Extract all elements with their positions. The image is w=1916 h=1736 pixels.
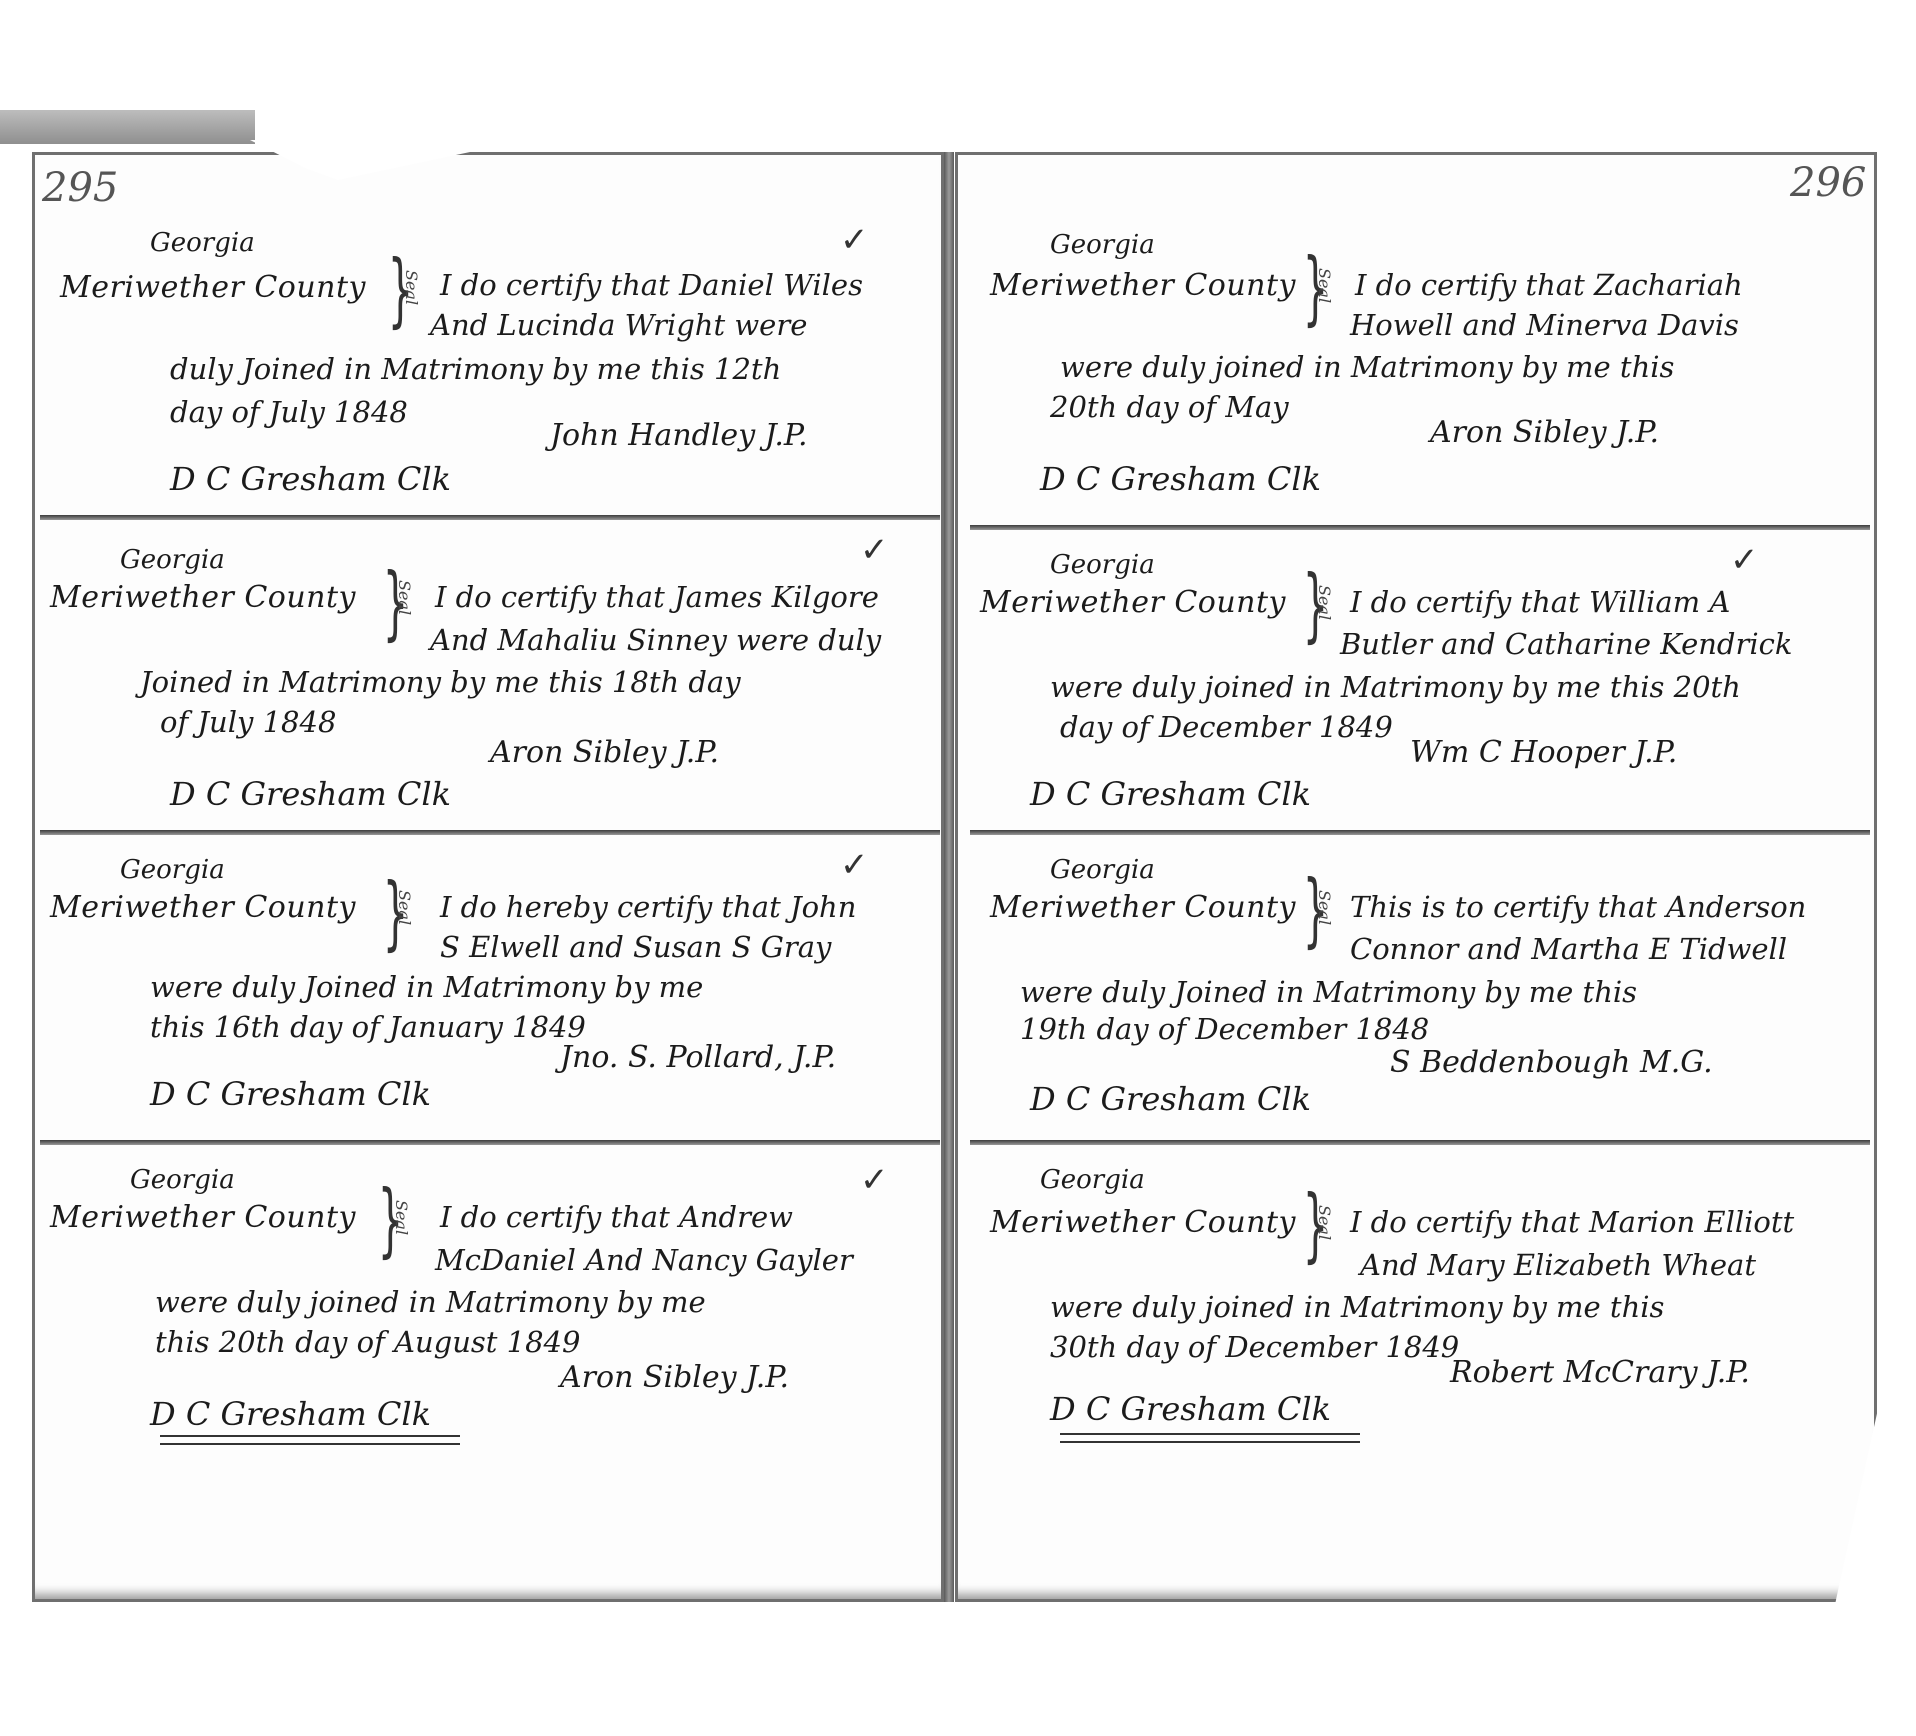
clerk-signature: D C Gresham Clk xyxy=(150,1075,431,1113)
seal-mark: Seal xyxy=(1315,268,1334,303)
clerk-signature: D C Gresham Clk xyxy=(170,460,451,498)
seal-mark: Seal xyxy=(1315,890,1334,925)
entry-line-3: were duly Joined in Matrimony by me xyxy=(150,970,703,1004)
state-label: Georgia xyxy=(1050,855,1155,885)
state-label: Georgia xyxy=(120,855,225,885)
entry-line-2: McDaniel And Nancy Gayler xyxy=(435,1243,853,1277)
clerk-underline xyxy=(1060,1433,1360,1443)
entry-divider xyxy=(970,525,1870,530)
county-label: Meriwether County xyxy=(980,585,1286,620)
register-entry: Georgia Meriwether County } Seal I do ce… xyxy=(970,190,1870,530)
check-mark-icon: ✓ xyxy=(860,530,889,570)
state-label: Georgia xyxy=(120,545,225,575)
officiant-signature: Aron Sibley J.P. xyxy=(1430,415,1659,450)
entry-line-4: 20th day of May xyxy=(1050,390,1289,424)
entry-line-1: I do certify that Marion Elliott xyxy=(1350,1205,1794,1239)
check-mark-icon: ✓ xyxy=(840,220,869,260)
entry-line-1: I do certify that Andrew xyxy=(440,1200,793,1234)
clerk-signature: D C Gresham Clk xyxy=(1030,775,1311,813)
entry-line-4: day of December 1849 xyxy=(1060,710,1393,744)
officiant-signature: Aron Sibley J.P. xyxy=(560,1360,789,1395)
seal-mark: Seal xyxy=(392,1200,411,1235)
check-mark-icon: ✓ xyxy=(840,845,869,885)
register-entry: Georgia Meriwether County } Seal ✓ I do … xyxy=(970,535,1870,835)
clerk-signature: D C Gresham Clk xyxy=(170,775,451,813)
county-label: Meriwether County xyxy=(60,270,366,305)
seal-mark: Seal xyxy=(395,580,414,615)
clerk-signature: D C Gresham Clk xyxy=(1030,1080,1311,1118)
seal-mark: Seal xyxy=(1315,585,1334,620)
entry-line-4: this 16th day of January 1849 xyxy=(150,1010,586,1044)
entry-line-1: I do certify that William A xyxy=(1350,585,1730,619)
scan-edge-strip xyxy=(0,110,255,144)
entry-line-3: were duly joined in Matrimony by me this xyxy=(1050,1290,1664,1324)
entry-line-1: I do hereby certify that John xyxy=(440,890,856,924)
county-label: Meriwether County xyxy=(50,1200,356,1235)
state-label: Georgia xyxy=(1050,230,1155,260)
entry-divider xyxy=(970,830,1870,835)
entry-line-2: Butler and Catharine Kendrick xyxy=(1340,627,1792,661)
entry-line-3: were duly joined in Matrimony by me this… xyxy=(1050,670,1741,704)
clerk-signature: D C Gresham Clk xyxy=(150,1395,431,1433)
clerk-signature: D C Gresham Clk xyxy=(1040,460,1321,498)
county-label: Meriwether County xyxy=(990,890,1296,925)
entry-line-1: I do certify that Daniel Wiles xyxy=(440,268,863,302)
clerk-underline xyxy=(160,1435,460,1445)
entry-line-4: 19th day of December 1848 xyxy=(1020,1012,1429,1046)
entry-line-2: Howell and Minerva Davis xyxy=(1350,308,1739,342)
officiant-signature: Aron Sibley J.P. xyxy=(490,735,719,770)
entry-line-2: Connor and Martha E Tidwell xyxy=(1350,932,1787,966)
seal-mark: Seal xyxy=(395,890,414,925)
state-label: Georgia xyxy=(130,1165,235,1195)
entry-line-4: this 20th day of August 1849 xyxy=(155,1325,580,1359)
register-entry: Georgia Meriwether County } Seal ✓ I do … xyxy=(40,835,940,1145)
entry-line-1: This is to certify that Anderson xyxy=(1350,890,1806,924)
entry-line-2: And Mahaliu Sinney were duly xyxy=(430,623,881,657)
entry-divider xyxy=(970,1140,1870,1145)
entry-line-3: Joined in Matrimony by me this 18th day xyxy=(140,665,741,699)
officiant-signature: John Handley J.P. xyxy=(550,418,808,453)
check-mark-icon: ✓ xyxy=(1730,540,1759,580)
entry-line-1: I do certify that James Kilgore xyxy=(435,580,879,614)
state-label: Georgia xyxy=(1050,550,1155,580)
entry-line-3: were duly joined in Matrimony by me this xyxy=(1060,350,1674,384)
officiant-signature: Wm C Hooper J.P. xyxy=(1410,735,1677,770)
entry-divider xyxy=(40,1140,940,1145)
entry-line-2: And Mary Elizabeth Wheat xyxy=(1360,1248,1756,1282)
entry-line-2: And Lucinda Wright were xyxy=(430,308,807,342)
register-entry: Georgia Meriwether County } Seal I do ce… xyxy=(970,1150,1870,1450)
seal-mark: Seal xyxy=(1315,1205,1334,1240)
county-label: Meriwether County xyxy=(990,268,1296,303)
check-mark-icon: ✓ xyxy=(860,1160,889,1200)
state-label: Georgia xyxy=(150,228,255,258)
entry-line-4: day of July 1848 xyxy=(170,395,408,429)
officiant-signature: S Beddenbough M.G. xyxy=(1390,1045,1713,1080)
entry-line-3: were duly joined in Matrimony by me xyxy=(155,1285,706,1319)
officiant-signature: Jno. S. Pollard, J.P. xyxy=(560,1040,836,1075)
register-entry: Georgia Meriwether County } Seal ✓ I do … xyxy=(40,190,940,520)
entry-line-2: S Elwell and Susan S Gray xyxy=(440,930,831,964)
county-label: Meriwether County xyxy=(50,890,356,925)
officiant-signature: Robert McCrary J.P. xyxy=(1450,1355,1750,1390)
entry-line-3: duly Joined in Matrimony by me this 12th xyxy=(170,352,781,386)
clerk-signature: D C Gresham Clk xyxy=(1050,1390,1331,1428)
entry-line-3: were duly Joined in Matrimony by me this xyxy=(1020,975,1637,1009)
state-label: Georgia xyxy=(1040,1165,1145,1195)
seal-mark: Seal xyxy=(402,270,421,305)
entry-line-4: of July 1848 xyxy=(160,705,336,739)
entry-divider xyxy=(40,515,940,520)
entry-line-1: I do certify that Zachariah xyxy=(1355,268,1743,302)
entry-line-4: 30th day of December 1849 xyxy=(1050,1330,1459,1364)
book-spine xyxy=(944,152,954,1602)
register-entry: Georgia Meriwether County } Seal This is… xyxy=(970,840,1870,1145)
county-label: Meriwether County xyxy=(990,1205,1296,1240)
county-label: Meriwether County xyxy=(50,580,356,615)
register-entry: Georgia Meriwether County } Seal ✓ I do … xyxy=(40,525,940,835)
register-entry: Georgia Meriwether County } Seal ✓ I do … xyxy=(40,1150,940,1450)
